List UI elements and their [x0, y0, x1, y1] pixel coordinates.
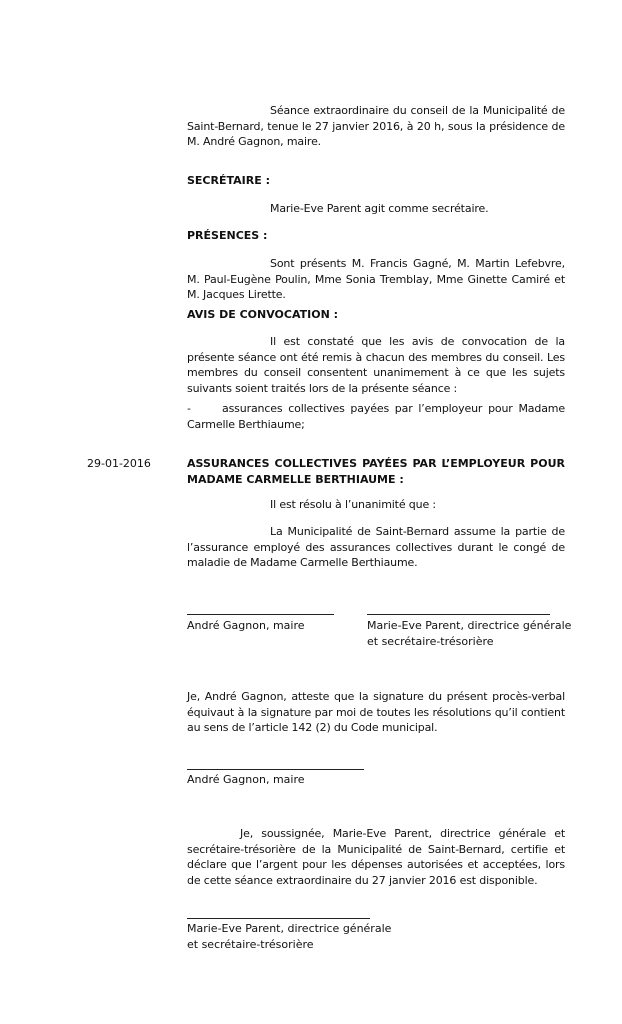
signature-line-director: [367, 614, 550, 615]
signature-mayor-label: André Gagnon, maire: [187, 618, 305, 634]
heading-secretaire: SECRÉTAIRE :: [187, 173, 565, 189]
resolution-heading: ASSURANCES COLLECTIVES PAYÉES PAR L’EMPL…: [187, 456, 565, 487]
director-title-line2: et secrétaire-trésorière: [367, 634, 571, 650]
agenda-item: -assurances collectives payées par l’emp…: [187, 401, 565, 432]
signature-director-label: Marie-Eve Parent, directrice générale et…: [367, 618, 571, 649]
certificat-signer-line2: et secrétaire-trésorière: [187, 937, 391, 953]
signature-line-mayor: [187, 614, 334, 615]
certificat-signer: Marie-Eve Parent, directrice générale et…: [187, 921, 391, 952]
attestation-signature-line: [187, 769, 364, 770]
presences-text: Sont présents M. Francis Gagné, M. Marti…: [187, 256, 565, 303]
agenda-item-text: assurances collectives payées par l’empl…: [187, 402, 565, 431]
certificat-signature-line: [187, 918, 370, 919]
certificat-signer-line1: Marie-Eve Parent, directrice générale: [187, 921, 391, 937]
heading-presences: PRÉSENCES :: [187, 228, 565, 244]
attestation-signer: André Gagnon, maire: [187, 772, 305, 788]
secretaire-text: Marie-Eve Parent agit comme secrétaire.: [187, 201, 565, 217]
certificat-text: Je, soussignée, Marie-Eve Parent, direct…: [187, 826, 565, 888]
resolution-text: La Municipalité de Saint-Bernard assume …: [187, 524, 565, 571]
resolution-number: 29-01-2016: [87, 456, 151, 472]
avis-text: Il est constaté que les avis de convocat…: [187, 334, 565, 396]
resolution-resolved: Il est résolu à l’unanimité que :: [187, 497, 565, 513]
agenda-bullet: -: [187, 401, 222, 417]
heading-avis-convocation: AVIS DE CONVOCATION :: [187, 307, 565, 323]
director-title-line1: Marie-Eve Parent, directrice générale: [367, 618, 571, 634]
attestation-text: Je, André Gagnon, atteste que la signatu…: [187, 689, 565, 736]
meeting-intro: Séance extraordinaire du conseil de la M…: [187, 103, 565, 150]
